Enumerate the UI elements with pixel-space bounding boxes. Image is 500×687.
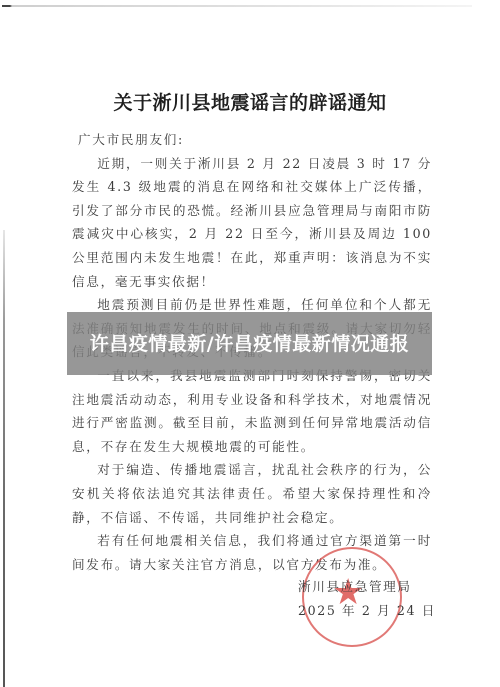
- paragraph-rumor-statement: 近期，一则关于淅川县 2 月 22 日凌晨 3 时 17 分发生 4.3 级地震…: [72, 152, 432, 294]
- paragraph-legal-warning: 对于编造、传播地震谣言，扰乱社会秩序的行为，公安机关将依法追究其法律责任。希望大…: [72, 458, 432, 529]
- signature-block: 淅川县应急管理局 2025 年 2 月 24 日: [298, 575, 436, 623]
- headline-text[interactable]: 许昌疫情最新/许昌疫情最新情况通报: [80, 333, 420, 355]
- salutation: 广大市民朋友们:: [72, 128, 432, 152]
- signature-org: 淅川县应急管理局: [298, 575, 436, 599]
- page-top-edge: [2, 5, 472, 7]
- page-left-edge: [3, 230, 5, 687]
- paragraph-monitoring: 一直以来，我县地震监测部门时刻保持警惕，密切关注地震活动动态，利用专业设备和科学…: [72, 364, 432, 458]
- headline-overlay-banner[interactable]: 许昌疫情最新/许昌疫情最新情况通报: [67, 312, 432, 375]
- signature-date: 2025 年 2 月 24 日: [298, 599, 436, 623]
- document-title: 关于淅川县地震谣言的辟谣通知: [0, 88, 500, 115]
